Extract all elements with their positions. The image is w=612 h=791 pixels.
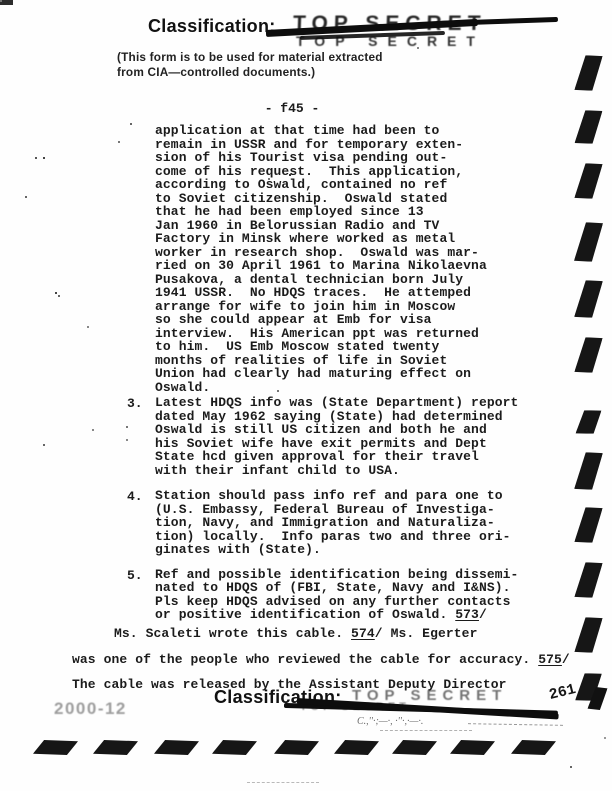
scan-mark: [574, 163, 603, 200]
text-line: Latest HDQS info was (State Department) …: [155, 396, 567, 410]
signature-dash-line: [380, 730, 472, 731]
paragraph-continuation: application at that time had been torema…: [127, 124, 567, 394]
text-line: ried on 30 April 1961 to Marina Nikolaev…: [155, 259, 567, 273]
text-line: 1941 USSR. No HDQS traces. He attemped: [155, 286, 567, 300]
document-page: Classification: TOP SECRET TOP SECRET (T…: [0, 0, 612, 791]
scan-mark: [574, 280, 603, 319]
text-segment: ginates with (State).: [155, 542, 321, 557]
paragraph-number: 5.: [127, 568, 143, 583]
scan-mark: [574, 562, 603, 599]
citation-number: 574: [351, 626, 375, 641]
text-segment: Oswald.: [155, 380, 210, 395]
scan-mark: [510, 740, 557, 755]
text-line: Oswald is still US citizen and both he a…: [155, 423, 567, 437]
scan-mark: [333, 740, 380, 755]
scan-mark: [153, 740, 200, 755]
scan-mark: [574, 507, 603, 544]
paragraph-5: 5. Ref and possible identification being…: [127, 568, 567, 622]
text-line: Pls keep HDQS advised on any further con…: [155, 595, 567, 609]
release-signature-scribble: C.,''·;—·, ·''·,·—·.: [357, 716, 467, 727]
text-line: Factory in Minsk where worked as metal: [155, 232, 567, 246]
scan-mark: [574, 55, 603, 92]
form-note-line: from CIA—controlled documents.): [117, 65, 447, 80]
scan-mark: [574, 222, 604, 263]
text-line: come of his request. This application,: [155, 165, 567, 179]
paragraph-3: 3. Latest HDQS info was (State Departmen…: [127, 396, 567, 477]
classification-label-top: Classification:: [148, 16, 276, 37]
text-line: remain in USSR and for temporary exten-: [155, 138, 567, 152]
scan-mark: [211, 740, 258, 755]
paragraph-4: 4. Station should pass info ref and para…: [127, 489, 567, 557]
citation-number: 573: [455, 607, 479, 622]
text-line: that he had been employed since 13: [155, 205, 567, 219]
scan-mark: [449, 740, 496, 755]
text-line: nated to HDQS of (FBI, State, Navy and I…: [155, 581, 567, 595]
text-line: ginates with (State).: [155, 543, 567, 557]
text-line: to him. US Emb Moscow stated twenty: [155, 340, 567, 354]
text-line: to Soviet citizenship. Oswald stated: [155, 192, 567, 206]
text-line: sion of his Tourist visa pending out-: [155, 151, 567, 165]
scan-mark: [575, 410, 601, 435]
text-line: months of realities of life in Soviet: [155, 354, 567, 368]
text-line: Ms. Scaleti wrote this cable. 574/ Ms. E…: [72, 621, 592, 647]
signature-dash-line: [468, 723, 563, 726]
text-segment: Ms. Scaleti wrote this cable.: [114, 626, 351, 641]
paragraph-number: 4.: [127, 489, 143, 504]
text-line: worker in research shop. Oswald was mar-: [155, 246, 567, 260]
text-line: Station should pass info ref and para on…: [155, 489, 567, 503]
scan-mark: [92, 740, 139, 755]
text-line: dated May 1962 saying (State) had determ…: [155, 410, 567, 424]
text-line: with their infant child to USA.: [155, 464, 567, 478]
text-segment: with their infant child to USA.: [155, 463, 400, 478]
scan-mark: [32, 740, 79, 755]
bottom-dash-line: [247, 782, 319, 783]
scan-mark: [574, 337, 603, 374]
text-line: Jan 1960 in Belorussian Radio and TV: [155, 219, 567, 233]
text-line: Pusakova, a dental technician born July: [155, 273, 567, 287]
text-line: or positive identification of Oswald. 57…: [155, 608, 567, 622]
text-segment: / Ms. Egerter: [375, 626, 478, 641]
scan-mark: [273, 740, 320, 755]
text-line: his Soviet wife have exit permits and De…: [155, 437, 567, 451]
text-line: arrange for wife to join him in Moscow: [155, 300, 567, 314]
scan-mark: [574, 110, 602, 145]
text-line: (U.S. Embassy, Federal Bureau of Investi…: [155, 503, 567, 517]
text-line: according to Oswald, contained no ref: [155, 178, 567, 192]
form-usage-note: (This form is to be used for material ex…: [117, 50, 447, 79]
text-line: State hcd given approval for their trave…: [155, 450, 567, 464]
text-line: so she could appear at Emb for visa: [155, 313, 567, 327]
page-number: - f45 -: [232, 101, 352, 116]
form-note-line: (This form is to be used for material ex…: [117, 50, 447, 65]
text-line: tion) locally. Info paras two and three …: [155, 530, 567, 544]
text-segment: /: [562, 652, 570, 667]
text-segment: or positive identification of Oswald.: [155, 607, 455, 622]
text-line: interview. His American ppt was returned: [155, 327, 567, 341]
text-line: Union had clearly had maturing effect on: [155, 367, 567, 381]
paragraph-4-text: Station should pass info ref and para on…: [155, 489, 567, 557]
citation-number: 575: [538, 652, 562, 667]
paragraph-3-text: Latest HDQS info was (State Department) …: [155, 396, 567, 477]
text-line: Ref and possible identification being di…: [155, 568, 567, 582]
scan-mark: [391, 740, 438, 755]
text-segment: /: [479, 607, 487, 622]
document-body: application at that time had been torema…: [127, 124, 567, 622]
faded-number-stamp: 2000-12: [54, 699, 127, 719]
text-segment: was one of the people who reviewed the c…: [72, 652, 538, 667]
text-line: was one of the people who reviewed the c…: [72, 647, 592, 673]
paragraph-5-text: Ref and possible identification being di…: [155, 568, 567, 622]
text-line: application at that time had been to: [155, 124, 567, 138]
text-line: Oswald.: [155, 381, 567, 395]
text-line: tion, Navy, and Immigration and Naturali…: [155, 516, 567, 530]
paragraph-number: 3.: [127, 396, 143, 411]
scan-noise-specks: [0, 0, 2, 2]
scan-mark: [574, 452, 603, 491]
